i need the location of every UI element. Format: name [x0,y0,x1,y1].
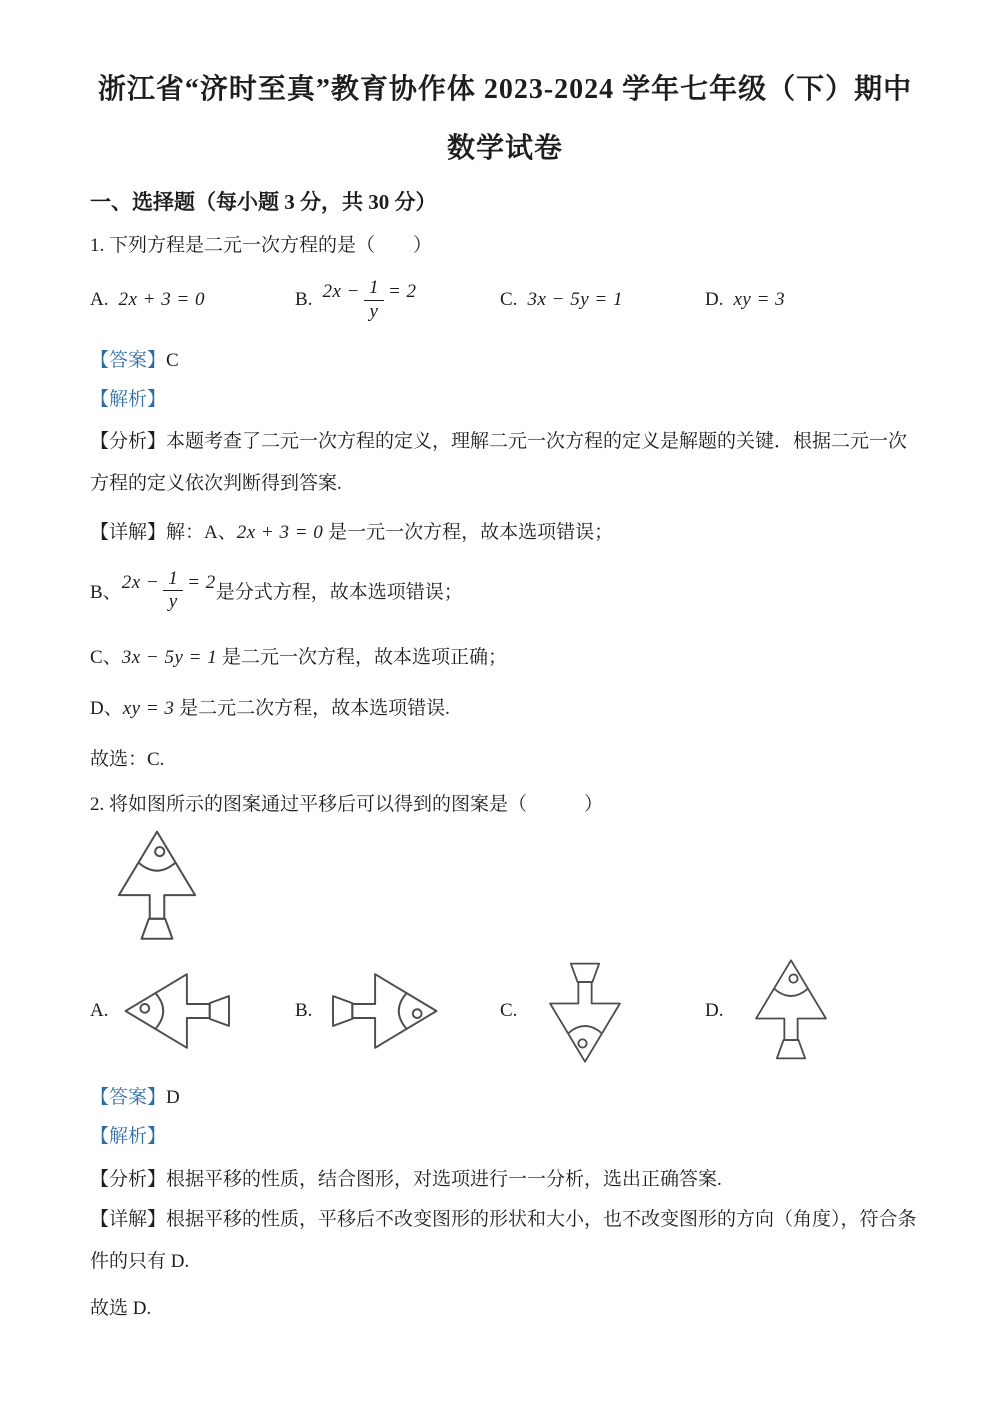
q1-detail-b: B、 2x −1y= 2 是分式方程，故本选项错误； [90,556,920,626]
fish-right-icon [326,954,440,1068]
q2-option-a: A. [90,954,295,1068]
analysis-label: 【解析】 [90,1126,166,1147]
q1-fenxi-paragraph: 【分析】本题考查了二元一次方程的定义，理解二元一次方程的定义是解题的关键．根据二… [90,421,920,505]
q1-option-a-letter: A. [90,289,108,311]
section-heading: 一、选择题（每小题 3 分，共 30 分） [90,186,920,216]
q1-option-d-math: xy = 3 [733,289,785,311]
title-line-2: 数学试卷 [90,129,920,168]
q1-detail-c: C、3x − 5y = 1 是二元一次方程，故本选项正确； [90,642,920,669]
fraction: 1y [364,278,384,323]
q1-option-d-letter: D. [705,289,723,311]
q2-option-b: B. [295,954,500,1068]
q1-option-c: C. 3x − 5y = 1 [500,289,705,311]
q2-answer-value: D [166,1087,180,1108]
question-2-options: A. B. C. D. [90,952,920,1070]
q1-option-b-math: 2x −1y= 2 [322,278,416,323]
q1-detail-a: 【详解】解：A、2x + 3 = 0 是一元一次方程，故本选项错误； [90,517,920,544]
q1-option-d: D. xy = 3 [705,289,785,311]
q1-detail-d: D、xy = 3 是二元二次方程，故本选项错误. [90,693,920,720]
q2-conclusion: 故选 D. [90,1293,920,1320]
fish-up-figure [98,828,216,946]
q1-option-b-letter: B. [295,289,312,311]
q1-option-b: B. 2x −1y= 2 [295,278,500,323]
fish-left-icon [122,954,236,1068]
q1-conclusion: 故选：C. [90,744,920,771]
q2-xiangjie-paragraph: 【详解】根据平移的性质，平移后不改变图形的形状和大小，也不改变图形的方向（角度）… [90,1199,920,1283]
q1-analysis-label-line: 【解析】 [90,384,920,411]
q2-option-a-letter: A. [90,1000,108,1022]
q2-option-c-letter: C. [500,1000,517,1022]
q1-option-a: A. 2x + 3 = 0 [90,289,295,311]
q2-analysis-label-line: 【解析】 [90,1121,920,1148]
fraction: 1y [163,569,183,614]
page-title: 浙江省“济时至真”教育协作体 2023-2024 学年七年级（下）期中 数学试卷 [90,70,920,168]
q1-option-c-math: 3x − 5y = 1 [527,289,623,311]
q1-option-c-letter: C. [500,289,517,311]
q1-answer-value: C [166,350,179,371]
q1-answer-line: 【答案】C [90,345,920,372]
analysis-label: 【解析】 [90,389,166,410]
fish-up-icon [737,957,845,1065]
answer-label: 【答案】 [90,1087,166,1108]
title-line-1: 浙江省“济时至真”教育协作体 2023-2024 学年七年级（下）期中 [90,70,920,109]
q2-option-d: D. [705,957,845,1065]
q1-option-a-math: 2x + 3 = 0 [118,289,205,311]
q2-option-d-letter: D. [705,1000,723,1022]
q2-main-figure [98,828,920,946]
q2-fenxi-paragraph: 【分析】根据平移的性质，结合图形，对选项进行一一分析，选出正确答案. [90,1164,920,1191]
q2-option-b-letter: B. [295,1000,312,1022]
q2-answer-line: 【答案】D [90,1082,920,1109]
q1-detail-b-math: 2x −1y= 2 [122,569,216,614]
question-1-stem: 1. 下列方程是二元一次方程的是（ ） [90,230,920,257]
question-2-stem: 2. 将如图所示的图案通过平移后可以得到的图案是（ ） [90,789,920,816]
q2-option-c: C. [500,957,705,1065]
fish-down-icon [531,957,639,1065]
answer-label: 【答案】 [90,350,166,371]
question-1-options: A. 2x + 3 = 0 B. 2x −1y= 2 C. 3x − 5y = … [90,267,920,333]
